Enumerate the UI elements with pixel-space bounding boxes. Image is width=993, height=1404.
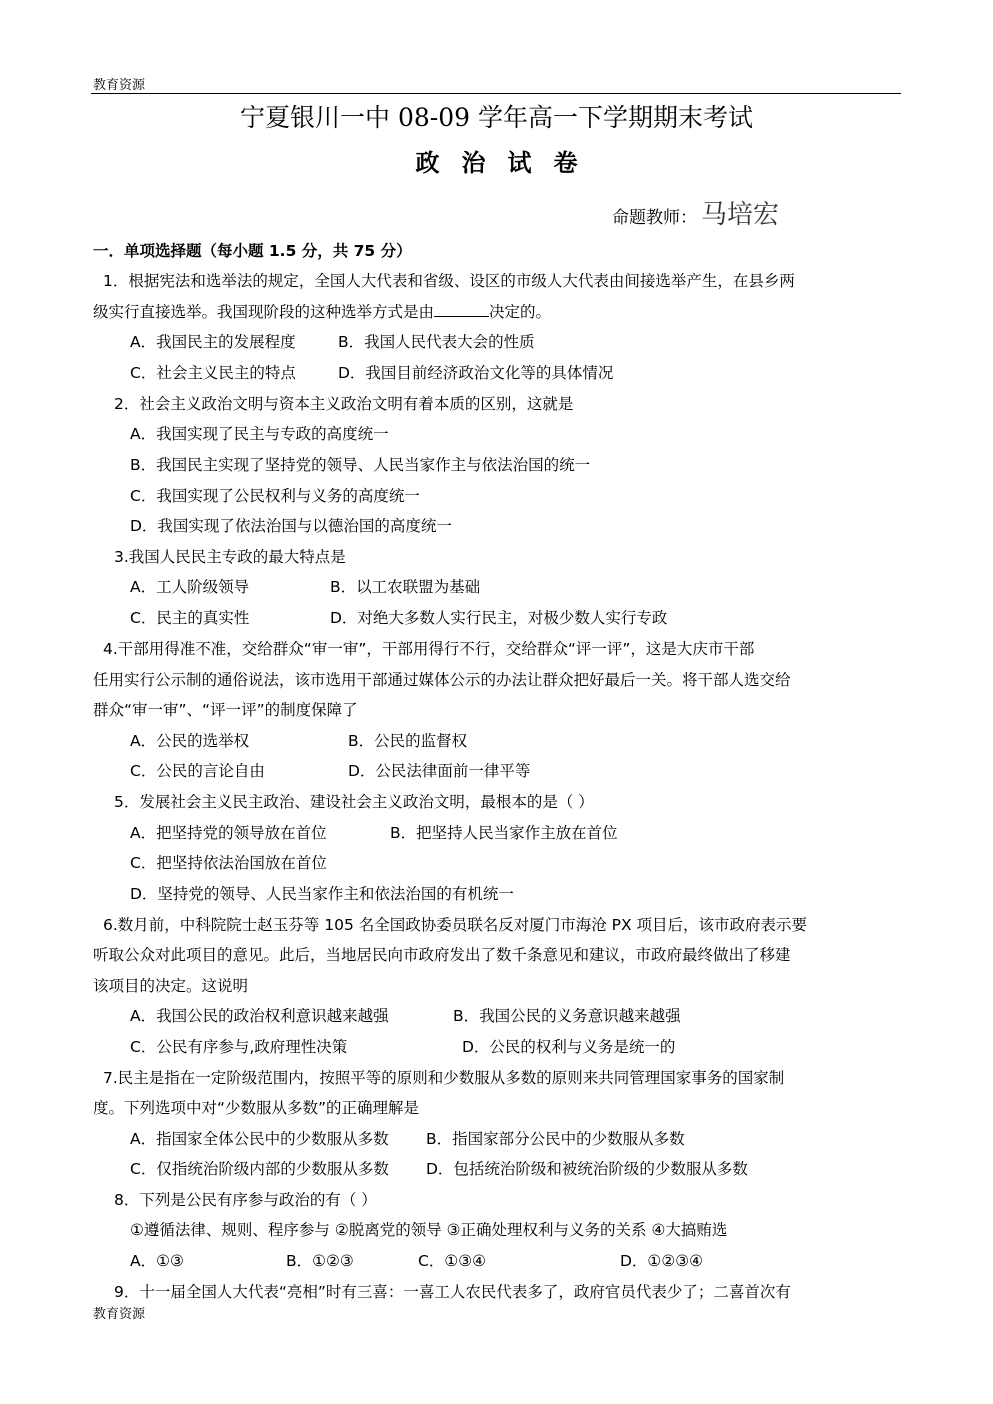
- question-3-option-a: A．工人阶级领导: [130, 575, 249, 597]
- question-8-option-a: A．①③: [130, 1249, 184, 1271]
- question-8-option-b: B．①②③: [286, 1249, 354, 1271]
- question-5-option-c: C．把坚持依法治国放在首位: [130, 851, 327, 873]
- question-1-option-d: D．我国目前经济政治文化等的具体情况: [338, 361, 613, 383]
- question-4-stem-line-2: 任用实行公示制的通俗说法，该市选用干部通过媒体公示的办法让群众把好最后一关。将干…: [93, 668, 791, 690]
- page-header-label: 教育资源: [93, 74, 145, 93]
- question-2-option-c: C．我国实现了公民权利与义务的高度统一: [130, 484, 420, 506]
- question-1-stem-line-1: 1．根据宪法和选举法的规定，全国人大代表和省级、设区的市级人大代表由间接选举产生…: [103, 269, 795, 291]
- question-4-option-b: B．公民的监督权: [348, 729, 467, 751]
- question-5-option-d: D．坚持党的领导、人民当家作主和依法治国的有机统一: [130, 882, 514, 904]
- question-7-option-b: B．指国家部分公民中的少数服从多数: [426, 1127, 685, 1149]
- question-2-option-b: B．我国民主实现了坚持党的领导、人民当家作主与依法治国的统一: [130, 453, 590, 475]
- stem-text: 决定的。: [489, 303, 551, 321]
- question-2-option-d: D．我国实现了依法治国与以德治国的高度统一: [130, 514, 452, 536]
- question-1-option-b: B．我国人民代表大会的性质: [338, 330, 535, 352]
- question-4-option-c: C．公民的言论自由: [130, 759, 265, 781]
- question-8-statements: ①遵循法律、规则、程序参与 ②脱离党的领导 ③正确处理权利与义务的关系 ④大搞贿…: [130, 1218, 727, 1240]
- question-6-option-d: D．公民的权利与义务是统一的: [462, 1035, 675, 1057]
- section-heading: 一．单项选择题（每小题 1.5 分，共 75 分）: [93, 239, 412, 261]
- question-3-option-d: D．对绝大多数人实行民主，对极少数人实行专政: [330, 606, 667, 628]
- author-label: 命题教师：: [612, 208, 697, 228]
- question-9-stem-line-1: 9．十一届全国人大代表“亮相”时有三喜：一喜工人农民代表多了，政府官员代表少了；…: [114, 1280, 791, 1302]
- question-5-option-b: B．把坚持人民当家作主放在首位: [390, 821, 618, 843]
- question-1-option-a: A．我国民主的发展程度: [130, 330, 296, 352]
- question-5-stem: 5．发展社会主义民主政治、建设社会主义政治文明，最根本的是（ ）: [114, 790, 594, 812]
- stem-text: 级实行直接选举。我国现阶段的这种选举方式是由: [93, 303, 434, 321]
- question-4-option-a: A．公民的选举权: [130, 729, 249, 751]
- question-7-stem-line-2: 度。下列选项中对“少数服从多数”的正确理解是: [93, 1096, 419, 1118]
- question-8-option-d: D．①②③④: [620, 1249, 703, 1271]
- question-3-option-b: B．以工农联盟为基础: [330, 575, 480, 597]
- page-footer-label: 教育资源: [93, 1303, 145, 1322]
- question-4-stem-line-3: 群众“审一审”、“评一评”的制度保障了: [93, 698, 358, 720]
- exam-title: 宁夏银川一中 08-09 学年高一下学期期末考试: [0, 98, 993, 134]
- question-7-stem-line-1: 7.民主是指在一定阶级范围内，按照平等的原则和少数服从多数的原则来共同管理国家事…: [103, 1066, 784, 1088]
- question-1-option-c: C．社会主义民主的特点: [130, 361, 296, 383]
- question-2-option-a: A．我国实现了民主与专政的高度统一: [130, 422, 389, 444]
- question-6-option-a: A．我国公民的政治权利意识越来越强: [130, 1004, 389, 1026]
- question-6-stem-line-1: 6.数月前，中科院院士赵玉芬等 105 名全国政协委员联名反对厦门市海沧 PX …: [103, 913, 807, 935]
- question-3-option-c: C．民主的真实性: [130, 606, 249, 628]
- question-2-stem: 2．社会主义政治文明与资本主义政治文明有着本质的区别，这就是: [114, 392, 573, 414]
- author-name: 马培宏: [701, 200, 779, 230]
- question-8-option-c: C．①③④: [418, 1249, 486, 1271]
- question-6-option-b: B．我国公民的义务意识越来越强: [453, 1004, 681, 1026]
- header-rule: [91, 93, 901, 94]
- question-8-stem: 8．下列是公民有序参与政治的有（ ）: [114, 1188, 377, 1210]
- question-4-option-d: D．公民法律面前一律平等: [348, 759, 530, 781]
- question-6-stem-line-2: 听取公众对此项目的意见。此后，当地居民向市政府发出了数千条意见和建议，市政府最终…: [93, 943, 791, 965]
- question-5-option-a: A．把坚持党的领导放在首位: [130, 821, 327, 843]
- question-6-stem-line-3: 该项目的决定。这说明: [93, 974, 248, 996]
- question-1-stem-line-2: 级实行直接选举。我国现阶段的这种选举方式是由决定的。: [93, 300, 551, 322]
- question-7-option-d: D．包括统治阶级和被统治阶级的少数服从多数: [426, 1157, 748, 1179]
- answer-blank: [434, 302, 489, 317]
- question-7-option-a: A．指国家全体公民中的少数服从多数: [130, 1127, 389, 1149]
- question-3-stem: 3.我国人民民主专政的最大特点是: [114, 545, 346, 567]
- question-4-stem-line-1: 4.干部用得准不准，交给群众“审一审”，干部用得行不行，交给群众“评一评”，这是…: [103, 637, 754, 659]
- author-line: 命题教师：马培宏: [612, 194, 779, 231]
- question-7-option-c: C．仅指统治阶级内部的少数服从多数: [130, 1157, 389, 1179]
- question-6-option-c: C．公民有序参与,政府理性决策: [130, 1035, 347, 1057]
- exam-subtitle: 政治试卷: [0, 143, 993, 178]
